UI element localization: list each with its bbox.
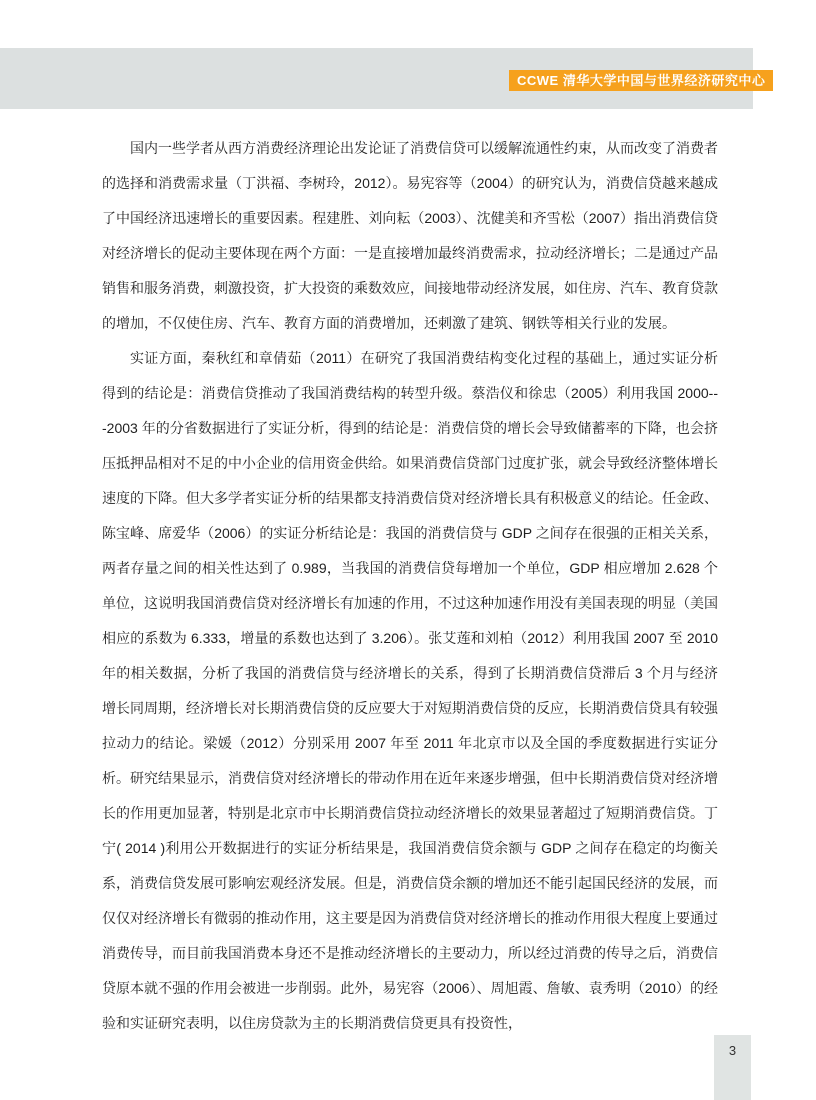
center-badge: CCWE 清华大学中国与世界经济研究中心	[509, 70, 773, 91]
body-text: 国内一些学者从西方消费经济理论出发论证了消费信贷可以缓解流通性约束，从而改变了消…	[102, 131, 718, 1041]
page-number: 3	[714, 1035, 751, 1058]
paragraph-1: 国内一些学者从西方消费经济理论出发论证了消费信贷可以缓解流通性约束，从而改变了消…	[102, 131, 718, 341]
header-band: CCWE 清华大学中国与世界经济研究中心	[0, 48, 753, 109]
document-page: CCWE 清华大学中国与世界经济研究中心 国内一些学者从西方消费经济理论出发论证…	[0, 0, 816, 1100]
paragraph-2: 实证方面，秦秋红和章倩茹（2011）在研究了我国消费结构变化过程的基础上，通过实…	[102, 341, 718, 1041]
footer-page-block: 3	[714, 1035, 751, 1100]
